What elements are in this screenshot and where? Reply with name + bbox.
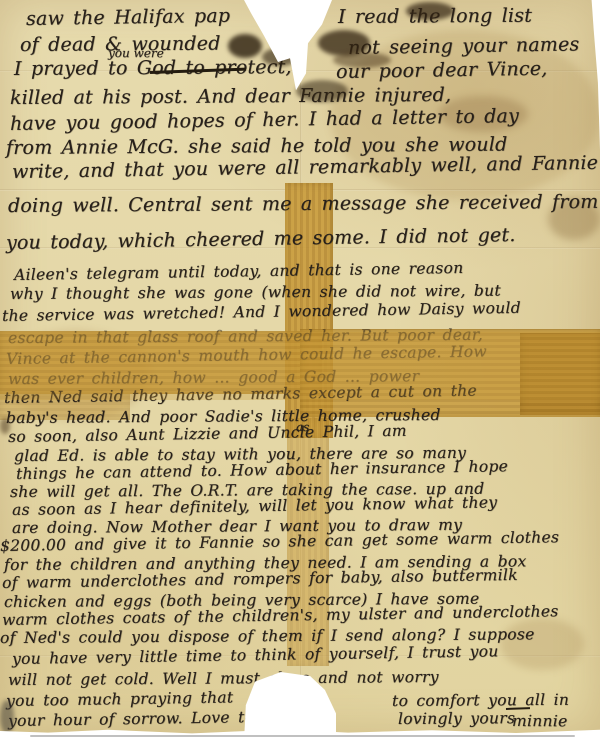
letter-line: I prayed to God to protect, [14,56,292,80]
ink-smudge [406,2,454,20]
letter-line: saw the Halifax pap [26,5,230,30]
letter-line: doing well. Central sent me a message sh… [8,191,599,217]
edge-smudge [0,418,10,434]
ink-smudge [333,52,391,68]
signature-name: minnie [512,712,568,730]
letter-closing: lovingly yours [398,709,515,728]
letter-line: to comfort you all in [392,691,569,710]
ink-smudge [228,34,262,58]
edge-smudge [0,700,14,734]
scanner-shadow-line [30,735,575,737]
letter-line: will not get cold. Well I must close and… [8,668,439,689]
letter-line: killed at his post. And dear Fannie inju… [10,84,451,109]
ink-smudge [296,80,348,102]
letter-scan: saw the Halifax pap I read the long list… [0,0,600,741]
letter-line: you too much praying that [6,688,234,710]
inserted-word: as [296,420,309,434]
tape-over-writing [0,332,600,400]
